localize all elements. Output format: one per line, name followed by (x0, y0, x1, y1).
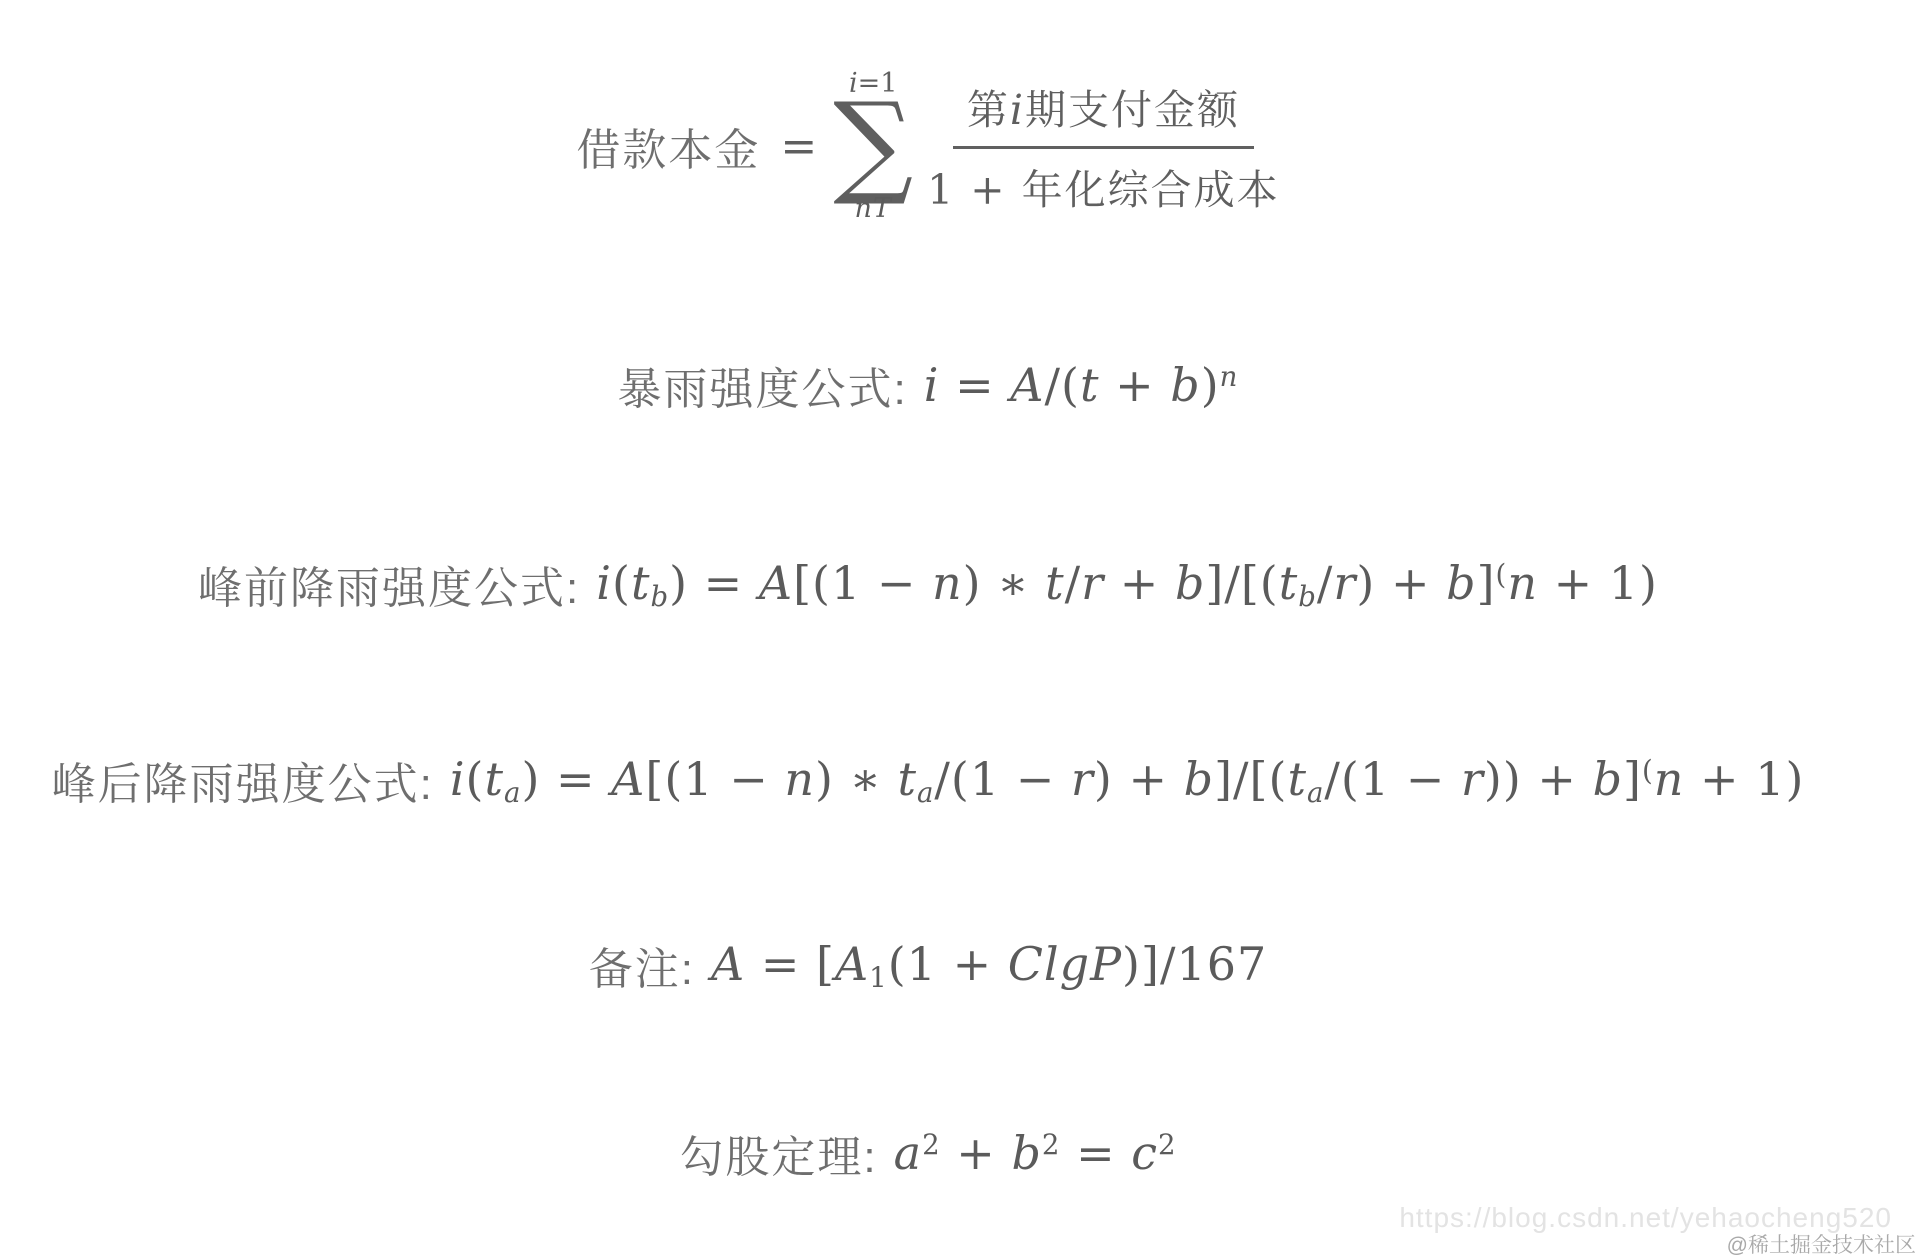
equals-sign: = (780, 121, 817, 172)
sigma-icon: ∑ (833, 99, 913, 191)
formula-math: i(tb) = A[(1 − n) ∗ t/r + b]/[(tb/r) + b… (596, 556, 1658, 613)
formula-math: a2 + b2 = c2 (894, 1126, 1177, 1180)
formula-label: 勾股定理: (679, 1121, 877, 1185)
fraction: 第i期支付金额 1 + 年化综合成本 (927, 77, 1280, 216)
watermark-community-handle: @稀土掘金技术社区 (1727, 1229, 1916, 1256)
formula-pre-peak-rainfall-intensity: 峰前降雨强度公式: i(tb) = A[(1 − n) ∗ t/r + b]/[… (0, 546, 1856, 622)
formula-pythagorean-theorem: 勾股定理: a2 + b2 = c2 (0, 1120, 1856, 1186)
fraction-numerator: 第i期支付金额 (953, 77, 1254, 149)
summation-lower-limit: nT (854, 195, 891, 222)
formula-label: 借款本金 (576, 114, 760, 178)
formula-label: 备注: (589, 933, 695, 997)
formula-label: 峰后降雨强度公式: (52, 748, 434, 812)
formula-math: A = [A1(1 + ClgP)]/167 (711, 937, 1267, 994)
formula-math: i(ta) = A[(1 − n) ∗ ta/(1 − r) + b]/[(ta… (450, 752, 1805, 809)
formula-post-peak-rainfall-intensity: 峰后降雨强度公式: i(ta) = A[(1 − n) ∗ ta/(1 − r)… (0, 742, 1856, 818)
fraction-denominator: 1 + 年化综合成本 (927, 149, 1280, 216)
formula-label: 暴雨强度公式: (618, 353, 908, 417)
formula-storm-intensity: 暴雨强度公式: i = A/(t + b)n (0, 352, 1856, 418)
formula-math: i = A/(t + b)n (924, 358, 1239, 412)
formula-label: 峰前降雨强度公式: (198, 552, 580, 616)
formula-note: 备注: A = [A1(1 + ClgP)]/167 (0, 932, 1856, 998)
summation: i=1 ∑ nT (833, 70, 913, 222)
formula-loan-principal: 借款本金 = i=1 ∑ nT 第i期支付金额 1 + 年化综合成本 (0, 62, 1856, 230)
